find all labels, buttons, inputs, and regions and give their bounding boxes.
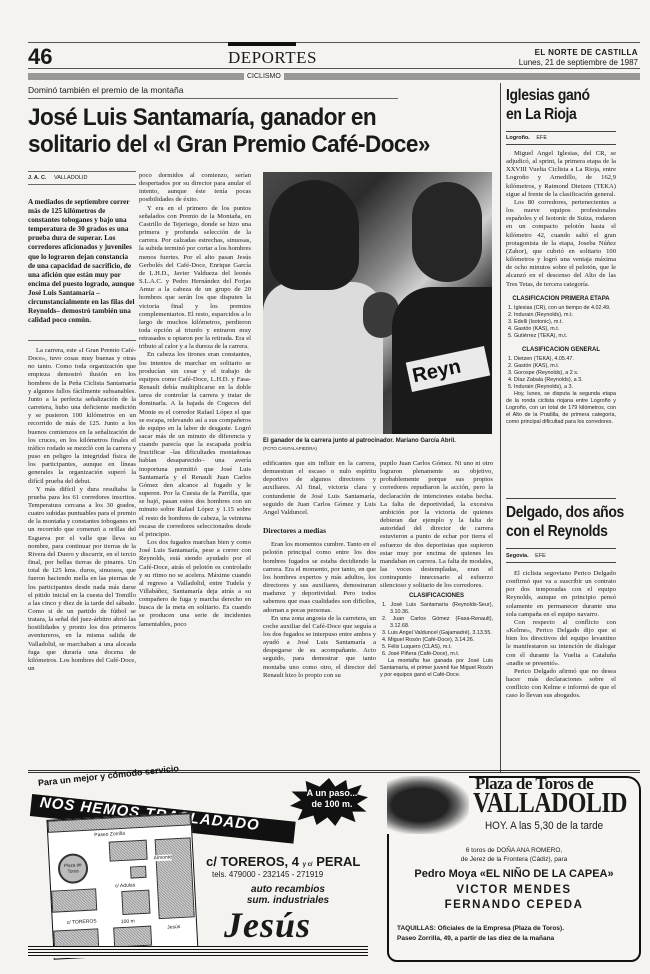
address-street-1: c/ TOREROS, 4	[206, 854, 299, 869]
bull-illustration-icon	[387, 776, 469, 834]
burst-line-1: A un paso...	[307, 788, 358, 798]
sidebar-divider	[500, 83, 501, 773]
ad-bulls-info: 6 toros de DOÑA ANA ROMERO, de Jerez de …	[389, 846, 639, 864]
kicker-rule	[28, 98, 398, 99]
map-plaza: Plaza de Toros	[57, 853, 89, 885]
category-bar	[28, 73, 640, 80]
issue-date: Lunes, 21 de septiembre de 1987	[519, 58, 638, 67]
map-label: Almonte	[153, 854, 172, 861]
paragraph: Miguel Angel Iglesias, del CR, se adjudi…	[506, 150, 616, 199]
stage-classification-list: 1. Iglesias (CR), con un tiempo de 4.02.…	[506, 305, 616, 340]
paragraph: poco dormidos al comienzo, serían desper…	[139, 172, 251, 205]
classification-title: CLASIFICACIONES	[380, 592, 493, 600]
classification-item: 2. Indurain (Reynolds), m.t.	[506, 312, 616, 319]
newspaper-name: EL NORTE DE CASTILLA	[535, 48, 638, 57]
bulls-line-2: de Jerez de la Frontera (Cádiz), para	[461, 856, 568, 863]
classification-item: 2. Juan Carlos Gómez (Fasa-Renault), 3.1…	[380, 616, 493, 630]
classification-item: 5. Félix Luquero (CLAS), m.t.	[380, 644, 493, 651]
section-bar	[228, 42, 296, 46]
map-label: c/ TOREROS	[67, 918, 97, 926]
sidebar-2-dateline: Segovia. EFE	[506, 553, 546, 559]
byline: J. A. C. VALLADOLID	[28, 175, 88, 181]
byline-place: VALLADOLID	[54, 175, 88, 181]
classification-item: 3. Luis Angel Valduncel (Gajamadré), 3.1…	[380, 630, 493, 637]
dateline-agency: EFE	[535, 553, 546, 559]
paragraph: Y más difícil y dura resultaba la prueba…	[28, 486, 136, 674]
article-kicker: Dominó también el premio de la montaña	[28, 85, 183, 95]
ad-business: auto recambios sum. industriales	[208, 884, 368, 906]
sidebar-2-headline: Delgado, dos años con el Reynolds	[506, 503, 624, 541]
classification-item: 4. Miguel Rosón (Café-Doce), 3.14.26.	[380, 637, 493, 644]
ad-ticket-info: TAQUILLAS: Oficiales de la Empresa (Plaz…	[397, 924, 633, 944]
paragraph: Y era en el primero de los puntos señala…	[139, 205, 251, 352]
sidebar-1-headline-line-2: en La Rioja	[506, 106, 576, 123]
article-photo: Reyn	[263, 172, 492, 434]
ad-city: VALLADOLID	[473, 788, 627, 820]
map-block	[130, 866, 147, 879]
photo-credit: (FOTO CANTALAPIEDRA)	[263, 446, 317, 451]
ad-phones: tels. 479000 - 232145 - 271919	[212, 870, 323, 879]
masthead-bottom-rule	[28, 68, 640, 69]
article-column-1: La carrera, este «I Gran Premio Café-Doc…	[28, 347, 136, 673]
address-connector: y c/	[303, 862, 313, 868]
sidebar-1-dateline: Logroño. EFE	[506, 135, 547, 141]
matador-2: VICTOR MENDES	[389, 884, 639, 896]
classification-item: 4. Díaz Zabala (Reynolds), a 3.	[506, 377, 616, 384]
sidebar-2-headline-line-2: con el Reynolds	[506, 523, 608, 540]
photo-figure-right-head	[412, 182, 482, 282]
stage-classification-title: CLASIFICACION PRIMERA ETAPA	[506, 295, 616, 303]
sidebar-1-headline-line-1: Iglesias ganó	[506, 87, 590, 104]
paragraph: Los dos fugados marchan bien y como José…	[139, 539, 251, 629]
dateline-place: Logroño.	[506, 135, 530, 141]
classification-item: 2. Gastón (KAS), m.t.	[506, 363, 616, 370]
sidebar-2-rule-2	[506, 562, 616, 563]
ticket-line-2: Paseo Zorrilla, 49, a partir de las diez…	[397, 935, 554, 942]
paragraph: En una zona angosta de la carretera, un …	[263, 615, 376, 680]
sidebar-2-rule	[506, 548, 616, 549]
sidebar-2-headline-line-1: Delgado, dos años	[506, 504, 624, 521]
article-subhead: Directores a medias	[263, 527, 376, 535]
sidebar-1-headline: Iglesias ganó en La Rioja	[506, 86, 590, 124]
ad-brand: Jesús	[224, 904, 311, 946]
classification-item: 6. José Piñera (Café-Doce), m.t.	[380, 651, 493, 658]
lead-rule	[28, 340, 136, 341]
ad-tagline: Para un mejor y cómodo servicio	[37, 763, 179, 788]
photo-caption: El ganador de la carrera junto al patroc…	[263, 437, 492, 445]
paragraph: La carrera, este «I Gran Premio Café-Doc…	[28, 347, 136, 486]
ad-burst-text: A un paso... de 100 m.	[302, 788, 362, 810]
paragraph: edificantes que sin influir en la carrer…	[263, 460, 376, 517]
article-lead: A mediados de septiembre correr más de 1…	[28, 198, 136, 325]
classification-item: 1. Dietzen (TEKA), 4.05.47.	[506, 356, 616, 363]
classification-item: 3. Edelli (Isotonic), m.t.	[506, 319, 616, 326]
address-street-2: PERAL	[316, 854, 360, 869]
map-label: Paseo Zorrilla	[94, 831, 125, 839]
masthead-rule	[28, 42, 640, 43]
business-line-1: auto recambios	[251, 884, 325, 895]
page-number: 46	[28, 44, 52, 70]
byline-author: J. A. C.	[28, 175, 46, 181]
general-classification-list: 1. Dietzen (TEKA), 4.05.47. 2. Gastón (K…	[506, 356, 616, 391]
map-label: Jesús	[167, 924, 180, 931]
location-map: Paseo Zorrilla Plaza de Toros Almonte c/…	[46, 812, 198, 959]
matador-1: Pedro Moya «EL NIÑO DE LA CAPEA»	[389, 868, 639, 880]
sidebar-1-closing: Hoy, lunes, se disputa la segunda etapa …	[506, 391, 616, 426]
burst-line-2: de 100 m.	[311, 799, 352, 809]
paragraph: Perico Delgado afirmó que no desea hacer…	[506, 668, 616, 701]
sidebar-2-body: El ciclista segoviano Perico Delgado con…	[506, 570, 616, 701]
category-label: CICLISMO	[244, 72, 284, 81]
paragraph: Los 80 corredores, pertenecientes a los …	[506, 199, 616, 289]
sidebar-1-rule	[506, 131, 616, 132]
classification-note: La montaña fue ganada por José Luis Sant…	[380, 658, 493, 679]
sidebar-2-top-rule	[506, 498, 616, 499]
ad-time: HOY. A las 5,30 de la tarde	[485, 820, 603, 832]
classification-item: 1. José Luis Santamaría (Reynolds-Seur),…	[380, 602, 493, 616]
advertisement-plaza-de-toros: Plaza de Toros de VALLADOLID HOY. A las …	[387, 776, 641, 962]
photo-figure-left-head	[269, 180, 359, 290]
ticket-line-1: TAQUILLAS: Oficiales de la Empresa (Plaz…	[397, 925, 564, 932]
byline-bottom-rule	[28, 184, 136, 185]
map-block	[121, 890, 150, 915]
classification-item: 5. Indurain (Reynolds), a 3.	[506, 384, 616, 391]
map-block	[109, 840, 148, 862]
classification-item: 3. Gorospe (Reynolds), a 2 s.	[506, 370, 616, 377]
byline-top-rule	[28, 171, 136, 172]
headline-line-2: solitario del «I Gran Premio Café-Doce»	[28, 131, 430, 158]
ad-address: c/ TOREROS, 4 y c/ PERAL	[206, 854, 360, 869]
section-title: DEPORTES	[228, 48, 317, 68]
article-column-2: poco dormidos al comienzo, serían desper…	[139, 172, 251, 629]
article-column-4: pupilo Juan Carlos Gómez. Ni uno ni otro…	[380, 460, 493, 679]
classification-item: 1. Iglesias (CR), con un tiempo de 4.02.…	[506, 305, 616, 312]
dateline-place: Segovia.	[506, 553, 529, 559]
map-label: 100 m	[121, 918, 135, 925]
general-classification-title: CLASIFICACION GENERAL	[506, 346, 616, 354]
map-block	[113, 926, 152, 948]
paragraph: Eran los momentos cumbre. Tanto en el pe…	[263, 541, 376, 614]
paragraph: pupilo Juan Carlos Gómez. Ni uno ni otro…	[380, 460, 493, 591]
headline-line-1: José Luis Santamaría, ganador en	[28, 104, 376, 131]
ad-stripes	[28, 946, 368, 958]
advertisement-recambios-jesus: Para un mejor y cómodo servicio NOS HEMO…	[28, 776, 368, 962]
classification-list: 1. José Luis Santamaría (Reynolds-Seur),…	[380, 602, 493, 658]
map-label: c/ Adulas	[115, 882, 136, 889]
sidebar-1-rule-2	[506, 144, 616, 145]
map-block	[155, 837, 195, 919]
paragraph: Con respecto al conflicto con «Kelme», P…	[506, 619, 616, 668]
paragraph: En cabeza los tirones eran constantes, l…	[139, 351, 251, 539]
classification-item: 5. Gutiérrez (TEKA), m.t.	[506, 333, 616, 340]
bulls-line-1: 6 toros de DOÑA ANA ROMERO,	[466, 847, 562, 854]
sidebar-1-body: Miguel Angel Iglesias, del CR, se adjudi…	[506, 150, 616, 426]
paragraph: El ciclista segoviano Perico Delgado con…	[506, 570, 616, 619]
article-column-3: edificantes que sin influir en la carrer…	[263, 460, 376, 680]
classification-item: 4. Gastón (KAS), m.t.	[506, 326, 616, 333]
map-block	[51, 888, 97, 912]
article-headline: José Luis Santamaría, ganador en solitar…	[28, 104, 433, 158]
matador-3: FERNANDO CEPEDA	[389, 899, 639, 911]
dateline-agency: EFE	[536, 135, 547, 141]
